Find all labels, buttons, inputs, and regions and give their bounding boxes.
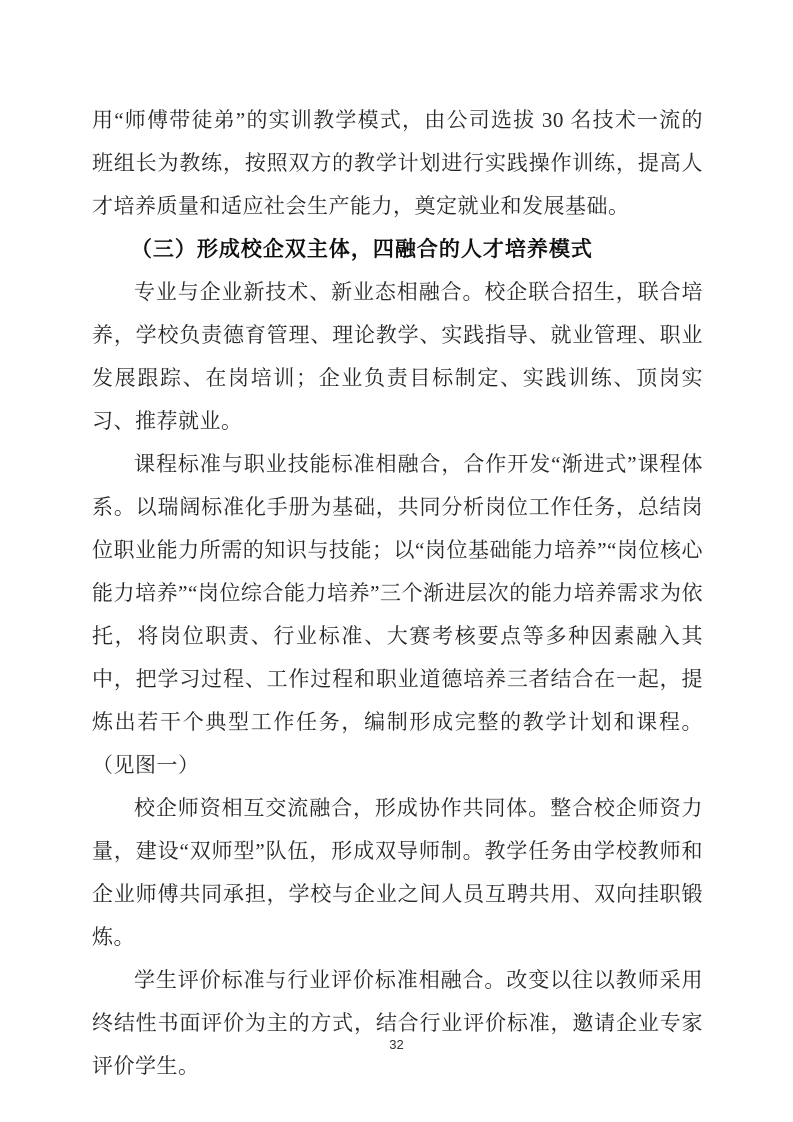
paragraph: 学生评价标准与行业评价标准相融合。改变以往以教师采用终结性书面评价为主的方式，结… bbox=[92, 959, 703, 1088]
page-footer: 32 bbox=[0, 1036, 793, 1054]
section-heading: （三）形成校企双主体，四融合的人才培养模式 bbox=[92, 228, 703, 271]
paragraph: 校企师资相互交流融合，形成协作共同体。整合校企师资力量，建设“双师型”队伍，形成… bbox=[92, 787, 703, 959]
page-number: 32 bbox=[389, 1037, 403, 1052]
paragraph: 课程标准与职业技能标准相融合，合作开发“渐进式”课程体系。以瑞阔标准化手册为基础… bbox=[92, 443, 703, 787]
document-body: 用“师傅带徒弟”的实训教学模式，由公司选拔 30 名技术一流的班组长为教练，按照… bbox=[92, 99, 703, 1088]
paragraph-continuation: 用“师傅带徒弟”的实训教学模式，由公司选拔 30 名技术一流的班组长为教练，按照… bbox=[92, 99, 703, 228]
paragraph: 专业与企业新技术、新业态相融合。校企联合招生，联合培养，学校负责德育管理、理论教… bbox=[92, 271, 703, 443]
document-page: 用“师傅带徒弟”的实训教学模式，由公司选拔 30 名技术一流的班组长为教练，按照… bbox=[0, 0, 793, 1122]
